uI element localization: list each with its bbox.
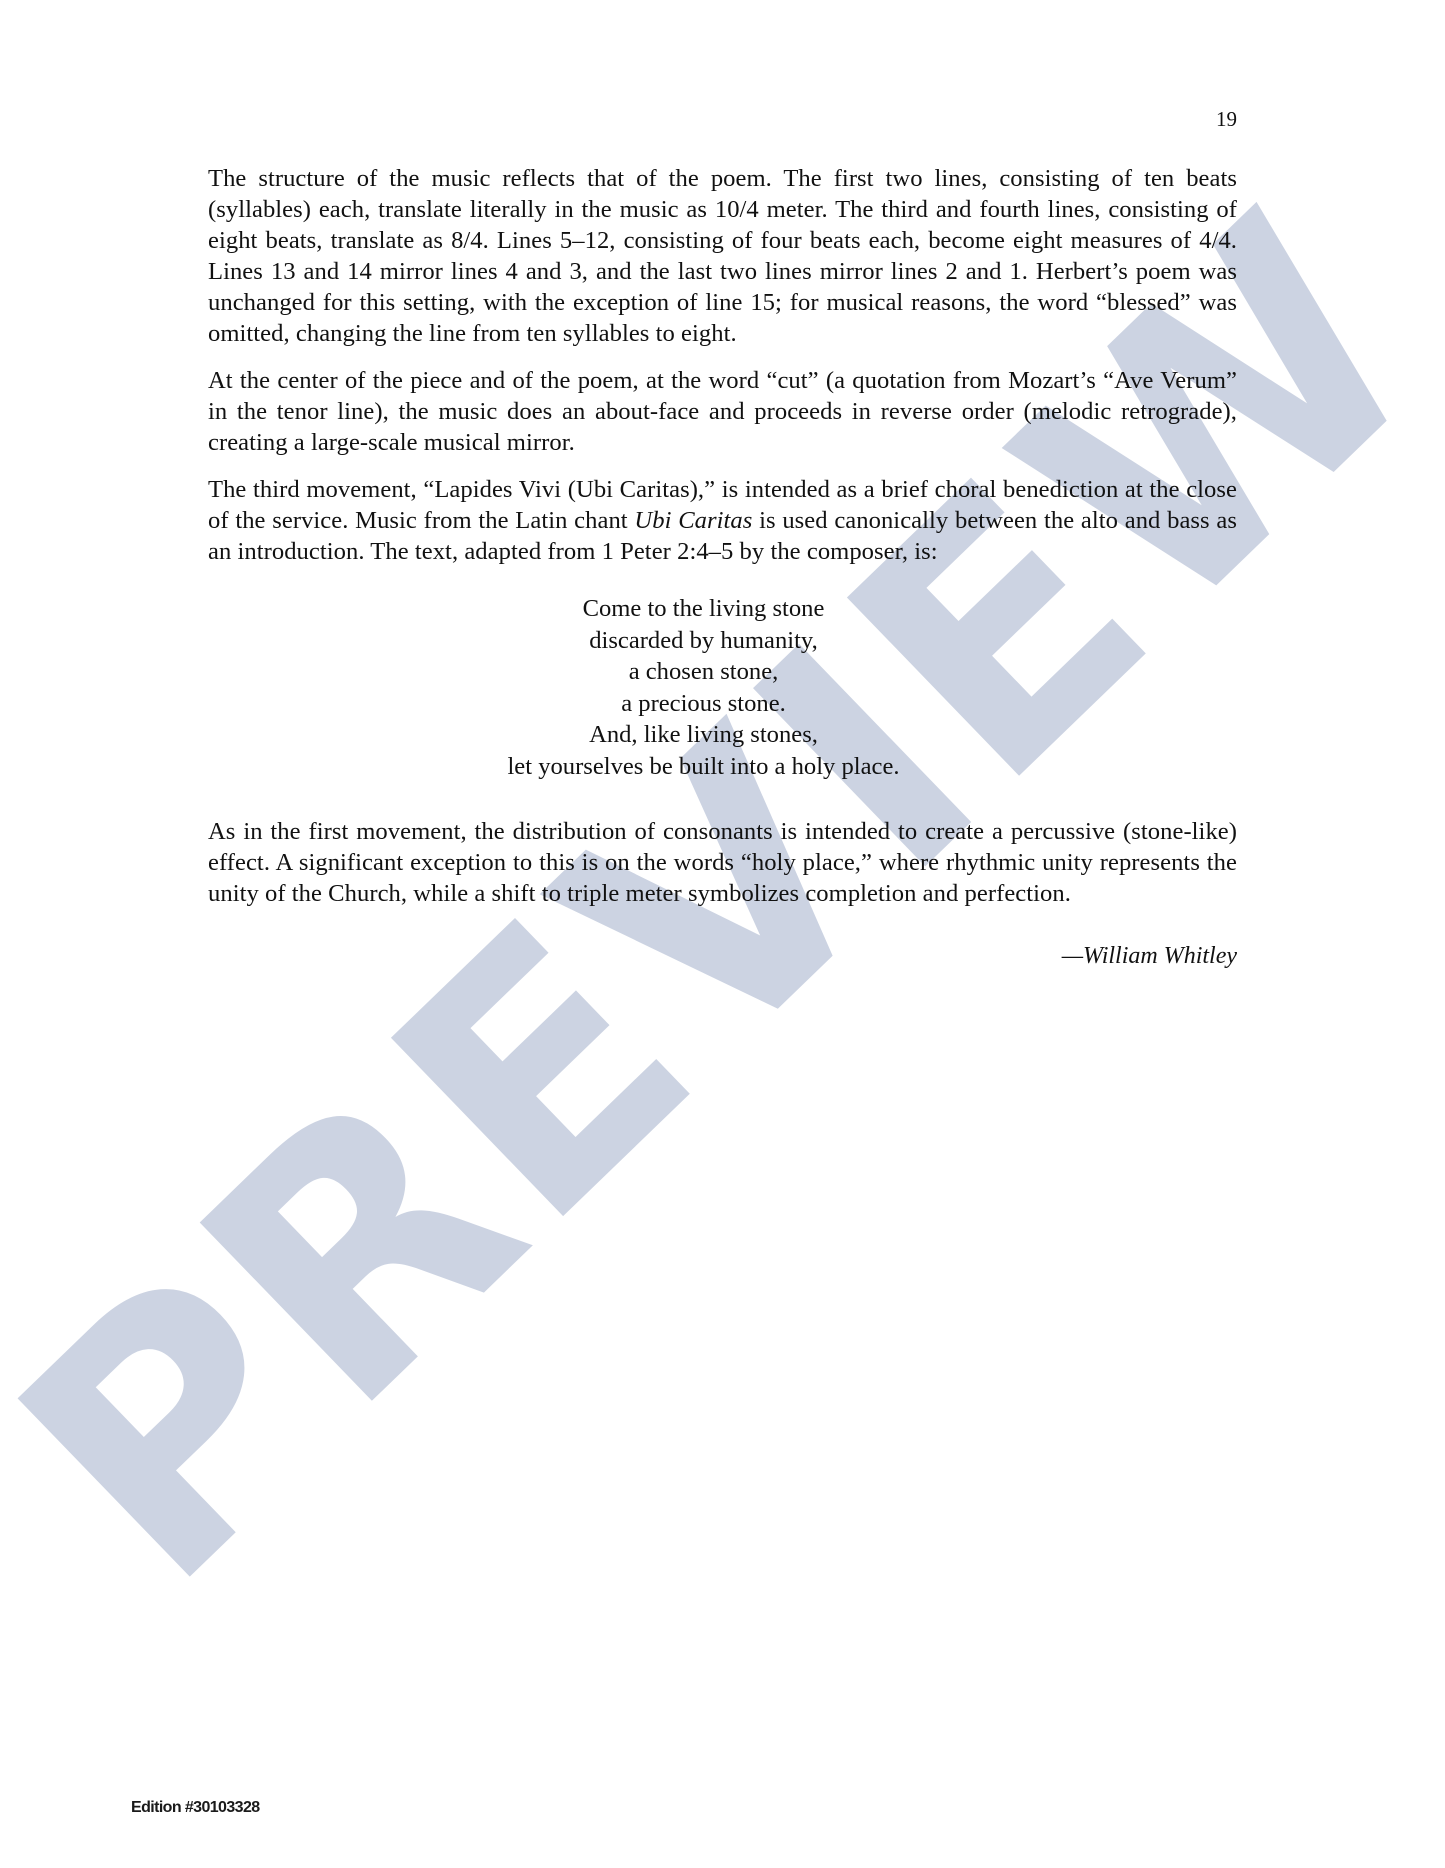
- poem-line: Come to the living stone: [208, 593, 1199, 625]
- author-signature: —William Whitley: [208, 943, 1237, 970]
- paragraph-structure: The structure of the music reflects that…: [208, 163, 1237, 349]
- poem-line: let yourselves be built into a holy plac…: [208, 751, 1199, 783]
- poem-line: a precious stone.: [208, 688, 1199, 720]
- page-number: 19: [1216, 107, 1237, 132]
- paragraph-closing: As in the first movement, the distributi…: [208, 816, 1237, 909]
- body-text: The structure of the music reflects that…: [208, 163, 1237, 970]
- edition-number: Edition #30103328: [131, 1799, 260, 1817]
- poem-line: discarded by humanity,: [208, 625, 1199, 657]
- paragraph-center: At the center of the piece and of the po…: [208, 365, 1237, 458]
- chant-title: Ubi Caritas: [634, 507, 752, 534]
- document-page: 19 The structure of the music reflects t…: [0, 0, 1445, 1868]
- paragraph-third-movement: The third movement, “Lapides Vivi (Ubi C…: [208, 474, 1237, 567]
- poem-line: And, like living stones,: [208, 719, 1199, 751]
- poem-block: Come to the living stone discarded by hu…: [208, 593, 1237, 782]
- poem-line: a chosen stone,: [208, 656, 1199, 688]
